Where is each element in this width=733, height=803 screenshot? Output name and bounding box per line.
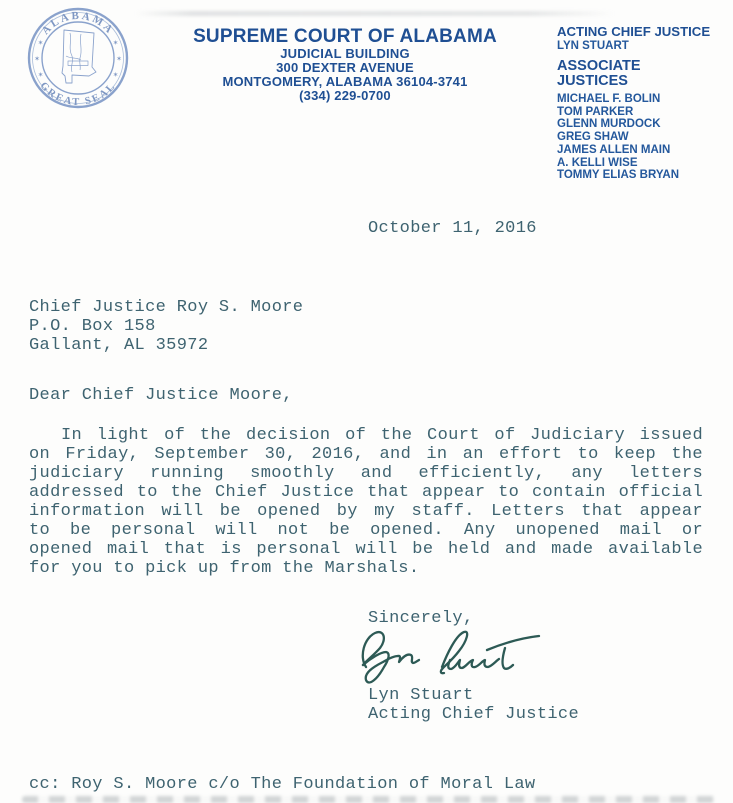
court-name: SUPREME COURT OF ALABAMA <box>150 26 540 47</box>
court-address-line: JUDICIAL BUILDING <box>150 47 540 61</box>
court-address-line: 300 DEXTER AVENUE <box>150 61 540 75</box>
signer-name: Lyn Stuart <box>368 686 579 705</box>
recipient-line: Gallant, AL 35972 <box>29 336 303 355</box>
justice-name: MICHAEL F. BOLIN <box>557 93 733 106</box>
court-phone: (334) 229-0700 <box>150 89 540 103</box>
justice-name: A. KELLI WISE <box>557 157 733 170</box>
svg-text:✶: ✶ <box>116 55 122 63</box>
recipient-line: Chief Justice Roy S. Moore <box>29 298 303 317</box>
justice-name: JAMES ALLEN MAIN <box>557 144 733 157</box>
svg-text:✶: ✶ <box>113 39 119 47</box>
closing: Sincerely, <box>368 609 474 628</box>
letterhead-justices-column: ACTING CHIEF JUSTICE LYN STUART ASSOCIAT… <box>557 24 733 182</box>
recipient-address: Chief Justice Roy S. Moore P.O. Box 158 … <box>29 298 303 355</box>
justice-name: TOM PARKER <box>557 106 733 119</box>
svg-text:✶: ✶ <box>38 39 44 47</box>
justice-name: GREG SHAW <box>557 131 733 144</box>
svg-text:✶: ✶ <box>38 71 44 79</box>
body-line: In light of the decision of the Court of… <box>29 426 703 445</box>
associate-justices-list: MICHAEL F. BOLIN TOM PARKER GLENN MURDOC… <box>557 93 733 182</box>
signature-block: Lyn Stuart Acting Chief Justice <box>368 686 579 724</box>
associate-justices-heading: ASSOCIATE <box>557 59 733 74</box>
body-line: to be personal will not be opened. Any u… <box>29 521 703 540</box>
letterhead-center: SUPREME COURT OF ALABAMA JUDICIAL BUILDI… <box>150 26 540 103</box>
justice-name: GLENN MURDOCK <box>557 118 733 131</box>
acting-chief-justice-label: ACTING CHIEF JUSTICE <box>557 24 733 39</box>
salutation: Dear Chief Justice Moore, <box>29 386 293 405</box>
body-line: on Friday, September 30, 2016, and in an… <box>29 445 703 464</box>
seal-alabama-map-icon <box>62 30 96 83</box>
svg-text:✶: ✶ <box>34 55 40 63</box>
seal-top-text: ALABAMA <box>40 10 117 37</box>
signature-lyn-stuart-icon <box>356 627 542 689</box>
cc-line: cc: Roy S. Moore c/o The Foundation of M… <box>29 775 535 794</box>
body-line: for you to pick up from the Marshals. <box>29 559 703 578</box>
svg-text:ALABAMA: ALABAMA <box>40 10 117 37</box>
associate-justices-heading: JUSTICES <box>557 74 733 89</box>
signer-title: Acting Chief Justice <box>368 705 579 724</box>
body-line: judiciary running smoothly and efficient… <box>29 464 703 483</box>
body-line: opened mail that is personal will be hel… <box>29 540 703 559</box>
scan-artifact <box>135 11 615 16</box>
letter-body: In light of the decision of the Court of… <box>29 426 703 578</box>
svg-text:✶: ✶ <box>113 71 119 79</box>
acting-chief-justice-name: LYN STUART <box>557 39 733 53</box>
body-line: addressed to the Chief Justice that appe… <box>29 483 703 502</box>
scan-artifact-cutoff-line <box>22 796 715 803</box>
justice-name: TOMMY ELIAS BRYAN <box>557 169 733 182</box>
court-address-line: MONTGOMERY, ALABAMA 36104-3741 <box>150 75 540 89</box>
recipient-line: P.O. Box 158 <box>29 317 303 336</box>
letter-page: ALABAMA GREAT SEAL ✶✶✶ ✶✶✶ SUPREME COURT… <box>0 0 733 803</box>
letter-date: October 11, 2016 <box>368 219 537 238</box>
body-line: information will be opened by my staff. … <box>29 502 703 521</box>
alabama-great-seal-icon: ALABAMA GREAT SEAL ✶✶✶ ✶✶✶ <box>26 6 130 110</box>
